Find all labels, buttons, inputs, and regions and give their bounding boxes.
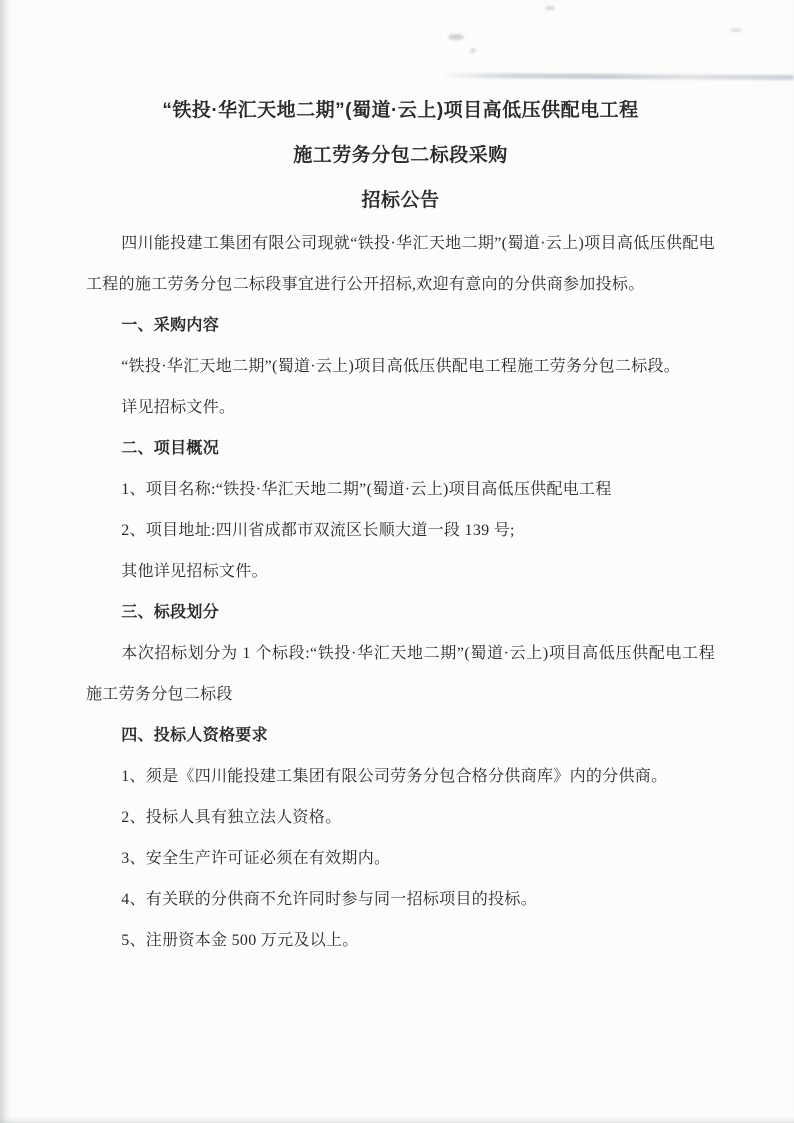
section-heading: 三、标段划分: [86, 592, 715, 633]
paragraph: 2、项目地址:四川省成都市双流区长顺大道一段 139 号;: [86, 510, 715, 551]
section-heading: 二、项目概况: [86, 428, 715, 469]
paragraph: 1、须是《四川能投建工集团有限公司劳务分包合格分供商库》内的分供商。: [86, 756, 715, 797]
paragraph: 5、注册资本金 500 万元及以上。: [86, 920, 715, 961]
paragraph: 3、安全生产许可证必须在有效期内。: [86, 838, 715, 879]
section-heading: 一、采购内容: [86, 305, 715, 346]
paragraph: 四川能投建工集团有限公司现就“铁投·华汇天地二期”(蜀道·云上)项目高低压供配电…: [86, 223, 715, 305]
document-content: “铁投·华汇天地二期”(蜀道·云上)项目高低压供配电工程 施工劳务分包二标段采购…: [86, 0, 715, 961]
paragraph: 1、项目名称:“铁投·华汇天地二期”(蜀道·云上)项目高低压供配电工程: [86, 469, 715, 510]
document-body: 四川能投建工集团有限公司现就“铁投·华汇天地二期”(蜀道·云上)项目高低压供配电…: [86, 223, 715, 961]
document-title-line-2: 施工劳务分包二标段采购: [86, 133, 715, 178]
document-page: “铁投·华汇天地二期”(蜀道·云上)项目高低压供配电工程 施工劳务分包二标段采购…: [0, 0, 794, 1123]
scan-speck-artifact: [730, 28, 742, 32]
section-heading: 四、投标人资格要求: [86, 715, 715, 756]
paragraph: 2、投标人具有独立法人资格。: [86, 797, 715, 838]
paragraph: 其他详见招标文件。: [86, 551, 715, 592]
paragraph: 本次招标划分为 1 个标段:“铁投·华汇天地二期”(蜀道·云上)项目高低压供配电…: [86, 633, 715, 715]
paragraph: “铁投·华汇天地二期”(蜀道·云上)项目高低压供配电工程施工劳务分包二标段。: [86, 346, 715, 387]
document-title-line-1: “铁投·华汇天地二期”(蜀道·云上)项目高低压供配电工程: [86, 88, 715, 133]
paragraph: 4、有关联的分供商不允许同时参与同一招标项目的投标。: [86, 879, 715, 920]
paragraph: 详见招标文件。: [86, 387, 715, 428]
document-title-line-3: 招标公告: [86, 178, 715, 223]
